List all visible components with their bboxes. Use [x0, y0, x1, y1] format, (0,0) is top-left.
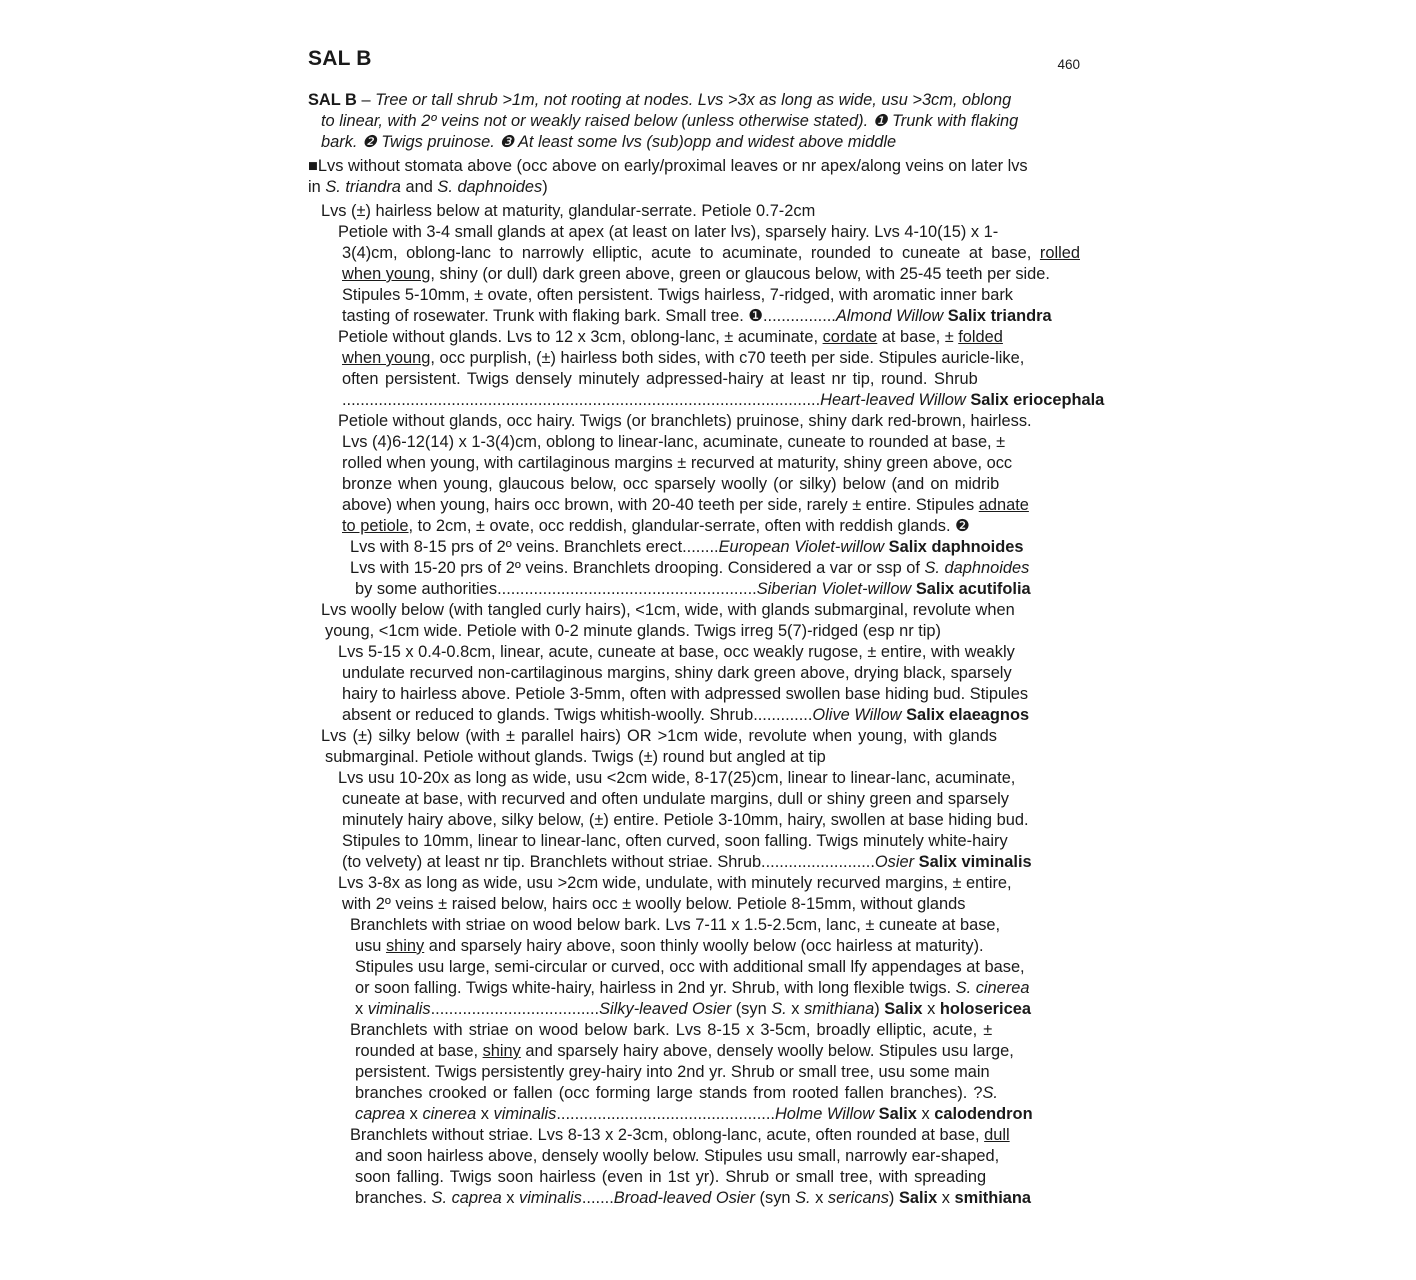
key-couplet-woolly: Lvs woolly below (with tangled curly hai… [308, 600, 1080, 726]
entry-salix-calodendron: Branchlets with striae on wood below bar… [308, 1020, 1080, 1125]
entry-salix-viminalis: Lvs usu 10-20x as long as wide, usu <2cm… [308, 768, 1080, 873]
page-title: SAL B [308, 48, 372, 69]
latin-name: Salix [884, 1000, 922, 1018]
entry-salix-eriocephala: Petiole without glands. Lvs to 12 x 3cm,… [308, 327, 1080, 411]
intro-text: Tree or tall shrub >1m, not rooting at n… [375, 91, 1011, 109]
key-couplet-broad-leaves: Lvs 3-8x as long as wide, usu >2cm wide,… [308, 873, 1080, 1209]
latin-name: Salix [899, 1189, 937, 1207]
common-name: Broad-leaved Osier [614, 1189, 755, 1207]
document-page: SAL B 460 SAL B – Tree or tall shrub >1m… [308, 44, 1080, 1209]
section-stomata: ■Lvs without stomata above (occ above on… [308, 156, 1080, 198]
entry-daphnoides-group: Petiole without glands, occ hairy. Twigs… [308, 411, 1080, 600]
latin-name: Salix eriocephala [970, 391, 1104, 409]
key-label: SAL B [308, 91, 357, 109]
latin-name: Salix triandra [948, 307, 1052, 325]
entry-salix-elaeagnos: Lvs 5-15 x 0.4-0.8cm, linear, acute, cun… [308, 642, 1080, 726]
common-name: Osier [875, 853, 914, 871]
key-couplet-hairless: Lvs (±) hairless below at maturity, glan… [308, 201, 1080, 600]
entry-salix-smithiana: Branchlets without striae. Lvs 8-13 x 2-… [308, 1125, 1080, 1209]
latin-name: Salix acutifolia [916, 580, 1031, 598]
common-name: Heart-leaved Willow [820, 391, 966, 409]
square-bullet-icon: ■ [308, 157, 318, 175]
common-name: European Violet-willow [719, 538, 885, 556]
common-name: Siberian Violet-willow [757, 580, 912, 598]
common-name: Silky-leaved Osier [599, 1000, 731, 1018]
page-header: SAL B 460 [308, 44, 1080, 90]
common-name: Olive Willow [812, 706, 901, 724]
latin-name: Salix elaeagnos [906, 706, 1029, 724]
entry-salix-acutifolia: Lvs with 15-20 prs of 2º veins. Branchle… [308, 558, 1080, 600]
common-name: Almond Willow [836, 307, 943, 325]
latin-name: Salix viminalis [919, 853, 1032, 871]
common-name: Holme Willow [775, 1105, 874, 1123]
latin-name: Salix [879, 1105, 917, 1123]
key-intro: SAL B – Tree or tall shrub >1m, not root… [308, 90, 1080, 153]
key-couplet-silky: Lvs (±) silky below (with ± parallel hai… [308, 726, 1080, 1209]
entry-salix-holosericea: Branchlets with striae on wood below bar… [308, 915, 1080, 1020]
page-number: 460 [1057, 54, 1080, 75]
entry-salix-triandra: Petiole with 3-4 small glands at apex (a… [308, 222, 1080, 327]
latin-name: Salix daphnoides [889, 538, 1024, 556]
entry-salix-daphnoides: Lvs with 8-15 prs of 2º veins. Branchlet… [308, 537, 1080, 558]
